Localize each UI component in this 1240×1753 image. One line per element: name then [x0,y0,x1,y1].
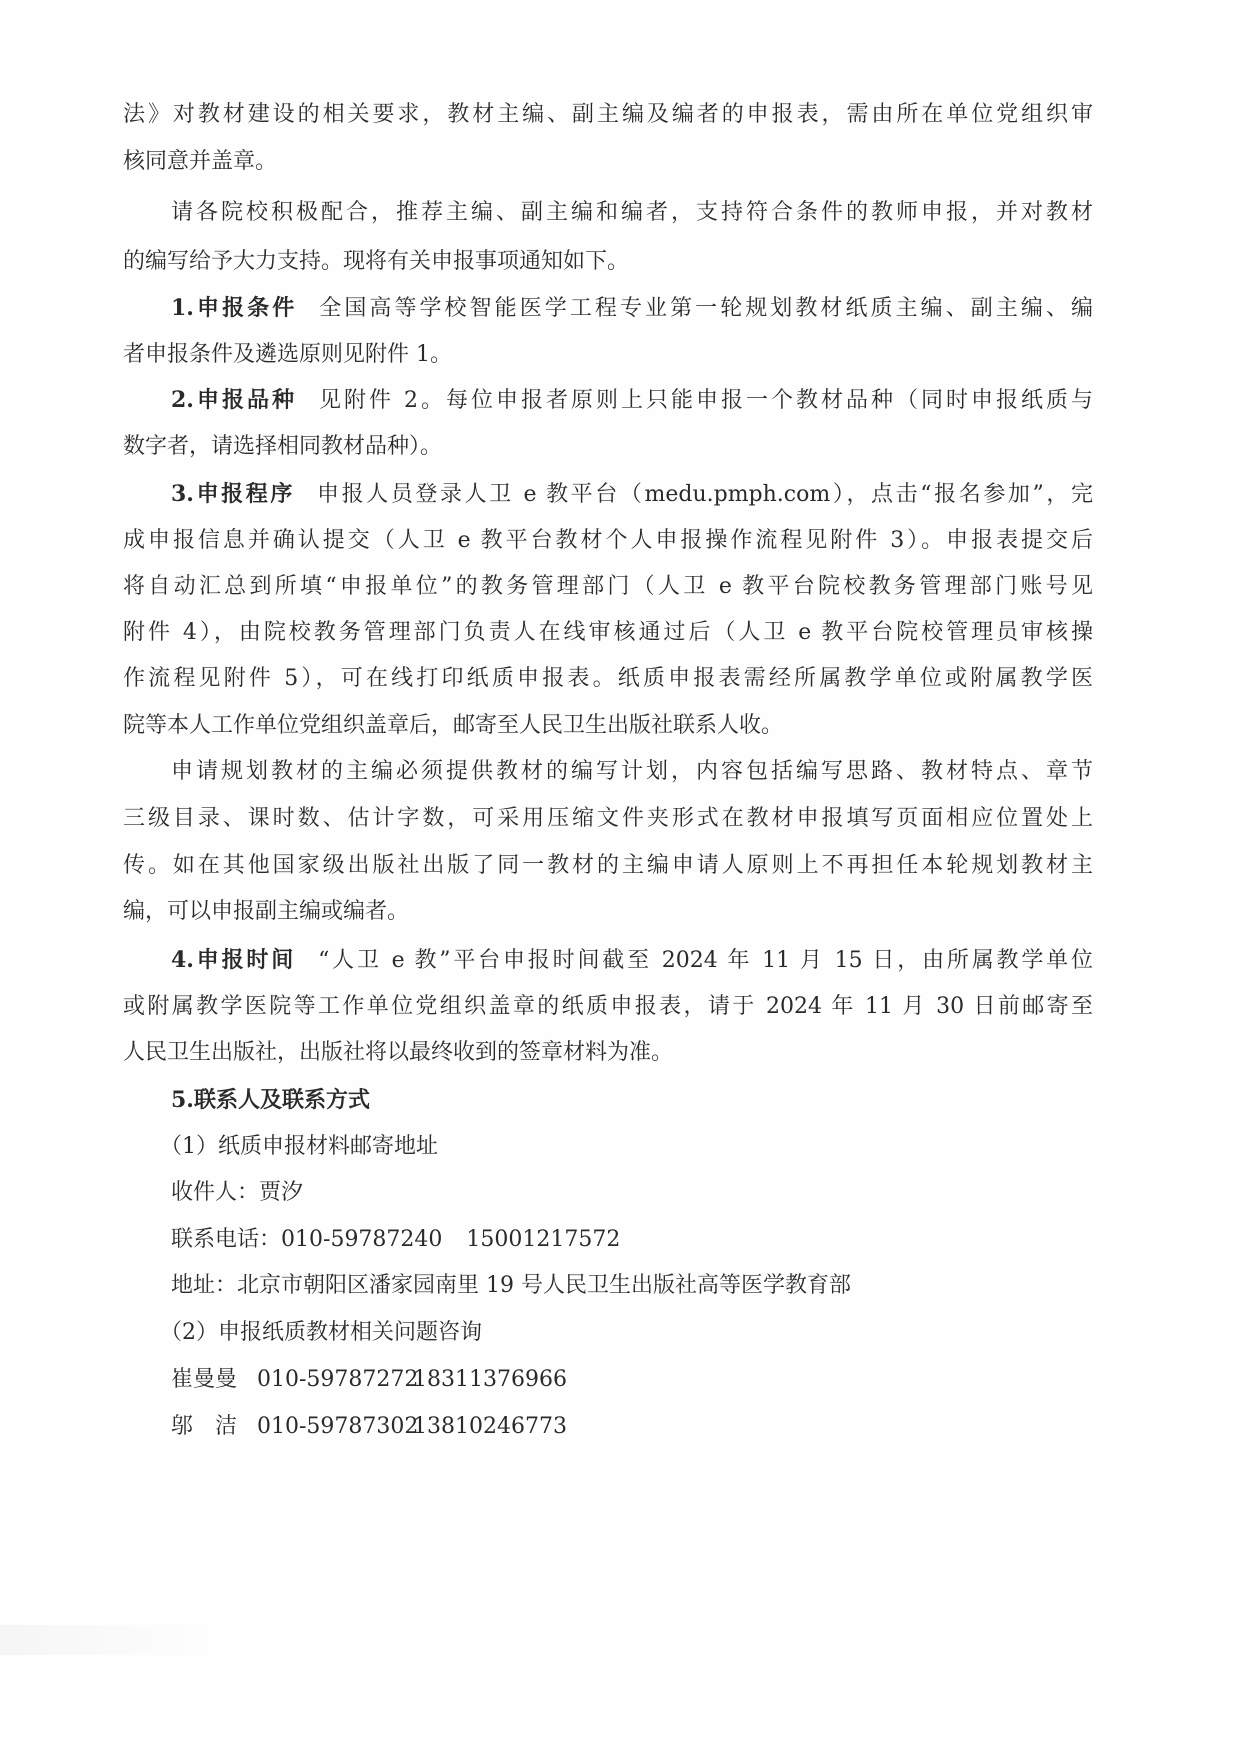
paragraph-line: 核同意并盖章。 [123,145,1093,179]
paragraph-line: 传。如在其他国家级出版社出版了同一教材的主编申请人原则上不再担任本轮规划教材主 [123,849,1093,883]
section-3-first-line: 3.申报程序申报人员登录人卫 e 教平台（medu.pmph.com），点击“报… [171,477,1093,511]
section-1-heading: 1.申报条件 [171,295,297,321]
paragraph-line: 编，可以申报副主编或编者。 [123,895,1093,929]
inquiry-contact: 崔曼曼010-5978727218311376966 [171,1363,567,1397]
paragraph-line: 将自动汇总到所填“申报单位”的教务管理部门（人卫 e 教平台院校教务管理部门账号… [123,570,1093,604]
paragraph-line: 院等本人工作单位党组织盖章后，邮寄至人民卫生出版社联系人收。 [123,709,1093,743]
paragraph-line: 成申报信息并确认提交（人卫 e 教平台教材个人申报操作流程见附件 3）。申报表提… [123,524,1093,558]
paragraph-line: 申请规划教材的主编必须提供教材的编写计划，内容包括编写思路、教材特点、章节 [171,755,1093,789]
inquiry-title: （2）申报纸质教材相关问题咨询 [160,1316,482,1350]
section-5-heading: 5.联系人及联系方式 [171,1083,370,1117]
phone-label: 联系电话： [171,1227,281,1252]
paragraph-line: 数字者，请选择相同教材品种）。 [123,430,1093,464]
paragraph-line: 请各院校积极配合，推荐主编、副主编和编者，支持符合条件的教师申报，并对教材 [171,196,1093,230]
paragraph-text: “人卫 e 教”平台申报时间截至 2024 年 11 月 15 日，由所属教学单… [318,948,1093,973]
paragraph-line: 的编写给予大力支持。现将有关申报事项通知如下。 [123,245,1093,279]
paragraph-line: 人民卫生出版社，出版社将以最终收到的签章材料为准。 [123,1036,1093,1070]
paragraph-line: 者申报条件及遴选原则见附件 1。 [123,338,1093,372]
contact-mobile: 13810246773 [413,1414,567,1439]
paragraph-line: 三级目录、课时数、估计字数，可采用压缩文件夹形式在教材申报填写页面相应位置处上 [123,802,1093,836]
phone-landline: 010-59787240 [281,1227,442,1252]
paragraph-line: 法》对教材建设的相关要求，教材主编、副主编及编者的申报表，需由所在单位党组织审 [123,98,1093,132]
section-2-first-line: 2.申报品种见附件 2。每位申报者原则上只能申报一个教材品种（同时申报纸质与 [171,383,1093,417]
section-4-heading: 4.申报时间 [171,947,296,973]
contact-heading: 5.联系人及联系方式 [171,1087,370,1113]
paragraph-text: 见附件 2。每位申报者原则上只能申报一个教材品种（同时申报纸质与 [319,388,1093,413]
paragraph-line: 作流程见附件 5），可在线打印纸质申报表。纸质申报表需经所属教学单位或附属教学医 [123,662,1093,696]
mailing-address-title: （1）纸质申报材料邮寄地址 [160,1130,438,1164]
mailing-address: 地址：北京市朝阳区潘家园南里 19 号人民卫生出版社高等医学教育部 [171,1269,851,1303]
contact-mobile: 18311376966 [413,1367,567,1392]
section-2-heading: 2.申报品种 [171,387,297,413]
scan-smudge [0,1625,220,1655]
inquiry-contact: 邬 洁010-5978730213810246773 [171,1410,567,1444]
contact-landline: 010-59787272 [257,1363,413,1397]
contact-landline: 010-59787302 [257,1410,413,1444]
paragraph-line: 附件 4），由院校教务管理部门负责人在线审核通过后（人卫 e 教平台院校管理员审… [123,616,1093,650]
contact-name: 邬 洁 [171,1410,257,1444]
section-1-first-line: 1.申报条件全国高等学校智能医学工程专业第一轮规划教材纸质主编、副主编、编 [171,291,1093,325]
phone-mobile: 15001217572 [466,1227,620,1252]
section-3-heading: 3.申报程序 [171,481,295,507]
document-page: 法》对教材建设的相关要求，教材主编、副主编及编者的申报表，需由所在单位党组织审 … [0,0,1240,1753]
section-4-first-line: 4.申报时间“人卫 e 教”平台申报时间截至 2024 年 11 月 15 日，… [171,943,1093,977]
paragraph-text: 全国高等学校智能医学工程专业第一轮规划教材纸质主编、副主编、编 [319,296,1093,321]
recipient: 收件人：贾汐 [171,1176,303,1210]
contact-name: 崔曼曼 [171,1363,257,1397]
recipient-phone: 联系电话：010-5978724015001217572 [171,1223,620,1257]
paragraph-line: 或附属教学医院等工作单位党组织盖章的纸质申报表，请于 2024 年 11 月 3… [123,990,1093,1024]
paragraph-text: 申报人员登录人卫 e 教平台（medu.pmph.com），点击“报名参加”，完 [317,482,1093,507]
